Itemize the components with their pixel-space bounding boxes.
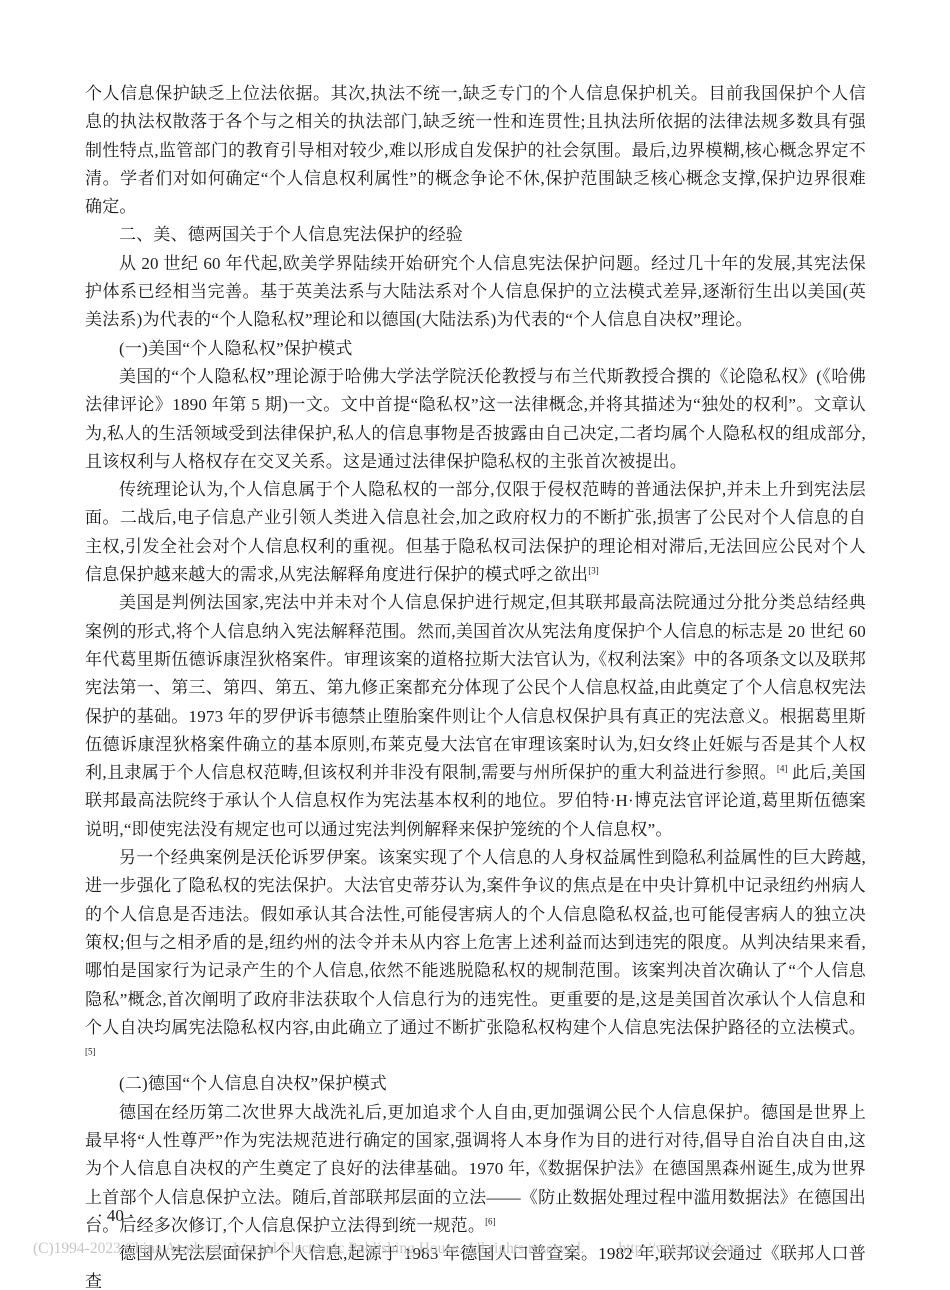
paragraph-text: 二、美、德两国关于个人信息宪法保护的经验	[119, 225, 463, 244]
paragraph: 传统理论认为,个人信息属于个人隐私权的一部分,仅限于侵权范畴的普通法保护,并未上…	[85, 476, 866, 589]
section-heading: (一)美国“个人隐私权”保护模式	[85, 335, 866, 363]
paragraph-text: 另一个经典案例是沃伦诉罗伊案。该案实现了个人信息的人身权益属性到隐私利益属性的巨…	[85, 848, 866, 1037]
section-heading: 二、美、德两国关于个人信息宪法保护的经验	[85, 221, 866, 249]
paragraph: 个人信息保护缺乏上位法依据。其次,执法不统一,缺乏专门的个人信息保护机关。目前我…	[85, 80, 866, 221]
paragraph: 德国在经历第二次世界大战洗礼后,更加追求个人自由,更加强调公民个人信息保护。德国…	[85, 1099, 866, 1240]
cnki-url: http://www.cnki.net	[618, 1240, 741, 1257]
page-number: · 40 ·	[97, 1206, 134, 1226]
footnote-ref: [5]	[85, 1046, 96, 1056]
paragraph: 另一个经典案例是沃伦诉罗伊案。该案实现了个人信息的人身权益属性到隐私利益属性的巨…	[85, 844, 866, 1070]
paragraph-text: (二)德国“个人信息自决权”保护模式	[119, 1074, 387, 1093]
footnote-ref: [4]	[777, 763, 788, 773]
journal-page: 个人信息保护缺乏上位法依据。其次,执法不统一,缺乏专门的个人信息保护机关。目前我…	[0, 0, 950, 1290]
footnote-ref: [3]	[588, 565, 599, 575]
paragraph: 从 20 世纪 60 年代起,欧美学界陆续开始研究个人信息宪法保护问题。经过几十…	[85, 250, 866, 335]
paragraph-text: 从 20 世纪 60 年代起,欧美学界陆续开始研究个人信息宪法保护问题。经过几十…	[85, 254, 866, 330]
copyright-watermark: (C)1994-2023 China Academic Journal Elec…	[33, 1240, 741, 1258]
paragraph-text: 美国的“个人隐私权”理论源于哈佛大学法学院沃伦教授与布兰代斯教授合撰的《论隐私权…	[85, 367, 866, 471]
paragraph-text: 个人信息保护缺乏上位法依据。其次,执法不统一,缺乏专门的个人信息保护机关。目前我…	[85, 84, 866, 216]
paragraph: 美国的“个人隐私权”理论源于哈佛大学法学院沃伦教授与布兰代斯教授合撰的《论隐私权…	[85, 363, 866, 476]
section-heading: (二)德国“个人信息自决权”保护模式	[85, 1070, 866, 1098]
paragraph-text: 德国在经历第二次世界大战洗礼后,更加追求个人自由,更加强调公民个人信息保护。德国…	[85, 1103, 866, 1235]
paragraph-text: 传统理论认为,个人信息属于个人隐私权的一部分,仅限于侵权范畴的普通法保护,并未上…	[85, 480, 866, 584]
paragraph-text: 美国是判例法国家,宪法中并未对个人信息保护进行规定,但其联邦最高法院通过分批分类…	[85, 593, 866, 782]
footnote-ref: [6]	[485, 1216, 496, 1226]
article-body: 个人信息保护缺乏上位法依据。其次,执法不统一,缺乏专门的个人信息保护机关。目前我…	[85, 80, 866, 1290]
copyright-text: (C)1994-2023 China Academic Journal Elec…	[33, 1240, 584, 1257]
paragraph-text: (一)美国“个人隐私权”保护模式	[119, 339, 353, 358]
paragraph: 美国是判例法国家,宪法中并未对个人信息保护进行规定,但其联邦最高法院通过分批分类…	[85, 589, 866, 844]
